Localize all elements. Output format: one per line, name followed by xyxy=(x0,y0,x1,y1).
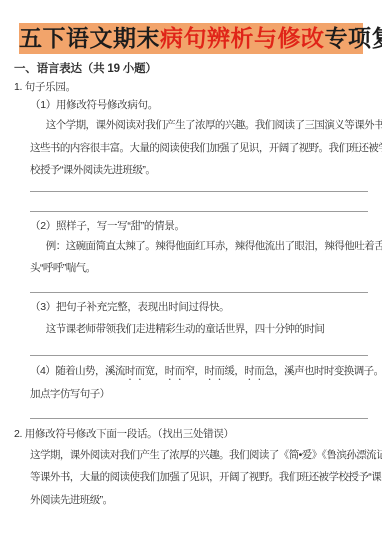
text-segment: 宽， xyxy=(145,365,165,377)
section-heading: 一、语言表达（共 19 小题） xyxy=(14,60,368,78)
dotted-word: 时而 xyxy=(165,365,185,377)
passage-line: 这学期，课外阅读对我们产生了浓厚的兴趣。我们阅读了《简•爱》《鲁滨孙漂流记》 xyxy=(30,444,368,467)
answer-line xyxy=(30,211,368,212)
answer-line xyxy=(30,355,368,356)
sub-question-4: （4）随着山势，溪流时而宽，时而窄，时而缓，时而急，溪声也时时变换调子。 （用 … xyxy=(30,360,368,419)
worksheet-page: 五下语文期末病句辨析与修改专项复习 一、语言表达（共 19 小题） 1. 句子乐… xyxy=(0,0,382,540)
example-line: 例：这碗面简直太辣了。辣得他面红耳赤，辣得他流出了眼泪，辣得他吐着舌 xyxy=(30,235,368,258)
example-line: 头“呼呼”喘气。 xyxy=(30,257,368,280)
page-title-banner: 五下语文期末病句辨析与修改专项复习 xyxy=(19,23,363,54)
answer-line xyxy=(30,418,368,419)
sentence-line: 加点字仿写句子） xyxy=(30,383,368,406)
sentence-line-dotted: （4）随着山势，溪流时而宽，时而窄，时而缓，时而急，溪声也时时变换调子。 （用 xyxy=(30,360,368,383)
dotted-word: 时而 xyxy=(244,365,264,377)
dotted-word: 时而 xyxy=(125,365,145,377)
text-segment: 缓， xyxy=(224,365,244,377)
dotted-word: 时而 xyxy=(204,365,224,377)
answer-line xyxy=(30,191,368,192)
title-text-right: 专项复习 xyxy=(325,25,382,51)
sub-question-3: （3）把句子补充完整，表现出时间过得快。 这节课老师带领我们走进精彩生动的童话世… xyxy=(30,298,368,357)
passage-line: 校授予“课外阅读先进班级”。 xyxy=(30,159,368,182)
passage-line: 这个学期，课外阅读对我们产生了浓厚的兴趣。我们阅读了三国演义等课外书。 xyxy=(30,114,368,137)
text-segment: 急，溪声也时时变换调子。 （用 xyxy=(264,365,382,377)
passage-line: 等课外书，大量的阅读使我们加强了见识，开阔了视野。我们班还被学校授予“课 xyxy=(30,466,368,489)
sub-question-2-prompt: （2）照样子，写一写“甜”的情景。 xyxy=(30,217,368,235)
title-text-left: 五下语文期末 xyxy=(19,25,160,51)
sub-question-3-prompt: （3）把句子补充完整，表现出时间过得快。 xyxy=(30,298,368,316)
passage-line: 这些书的内容很丰富。大量的阅读使我们加强了见识，开阔了视野。我们班还被学 xyxy=(30,137,368,160)
question-1-label: 1. 句子乐园。 xyxy=(14,78,368,96)
sub-question-1: （1）用修改符号修改病句。 这个学期，课外阅读对我们产生了浓厚的兴趣。我们阅读了… xyxy=(30,96,368,212)
sentence-line: 这节课老师带领我们走进精彩生动的童话世界，四十分钟的时间 xyxy=(30,318,368,341)
title-text-accent: 病句辨析与修改 xyxy=(160,25,325,51)
sub-question-1-prompt: （1）用修改符号修改病句。 xyxy=(30,96,368,114)
question-2-label: 2. 用修改符号修改下面一段话。（找出三处错误） xyxy=(14,425,368,443)
text-segment: （4）随着山势，溪流 xyxy=(30,365,125,377)
question-2-passage: 这学期，课外阅读对我们产生了浓厚的兴趣。我们阅读了《简•爱》《鲁滨孙漂流记》 等… xyxy=(30,444,368,512)
answer-line xyxy=(30,292,368,293)
text-segment: 窄， xyxy=(185,365,205,377)
sub-question-2: （2）照样子，写一写“甜”的情景。 例：这碗面简直太辣了。辣得他面红耳赤，辣得他… xyxy=(30,217,368,293)
passage-line: 外阅读先进班级”。 xyxy=(30,489,368,512)
